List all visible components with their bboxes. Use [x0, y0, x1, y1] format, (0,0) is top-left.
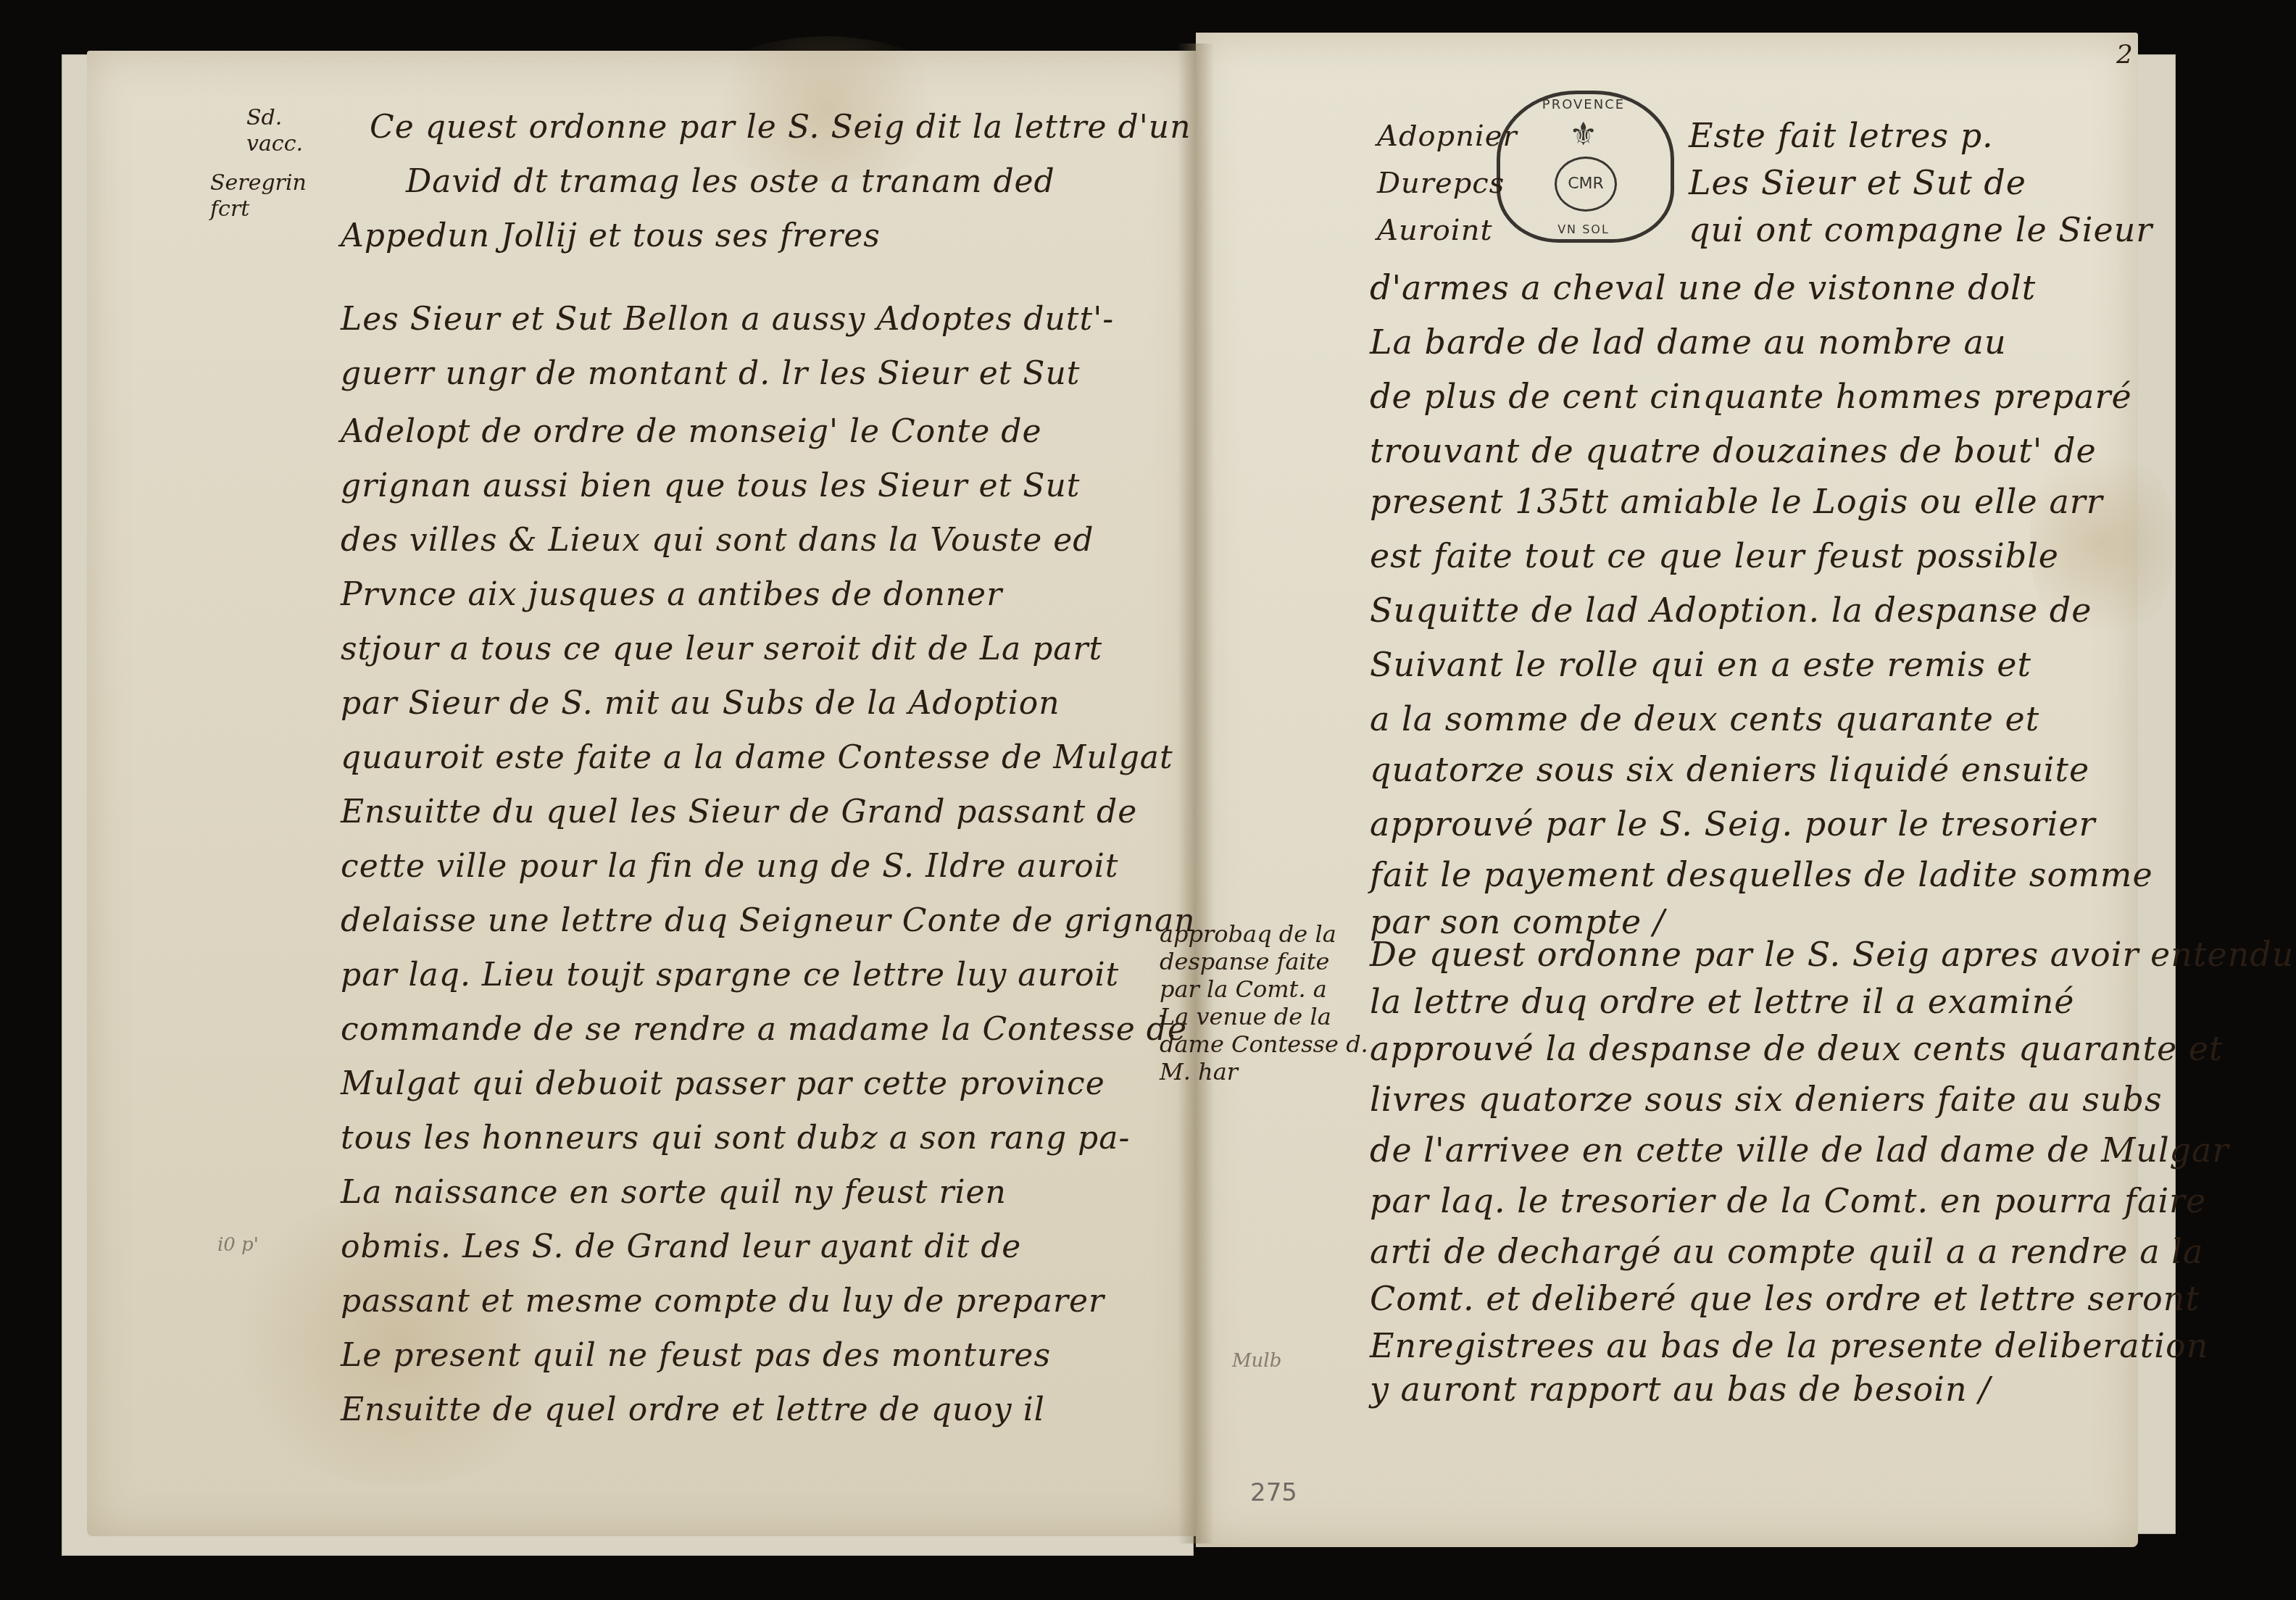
right-line: par laq. le tresorier de la Comt. en pou…: [1370, 1181, 2206, 1220]
right-line: d'armes a cheval une de vistonne dolt: [1370, 268, 2036, 307]
right-line: approuvé la despanse de deux cents quara…: [1370, 1029, 2224, 1068]
right-line: de plus de cent cinquante hommes preparé: [1370, 377, 2132, 416]
right-line: Enregistrees au bas de la presente delib…: [1370, 1326, 2208, 1365]
right-page: [1196, 33, 2138, 1547]
pencil-page-number: 275: [1250, 1478, 1297, 1507]
left-line: David dt tramag les oste a tranam ded: [406, 163, 1055, 200]
right-margin-word: Adopnier: [1377, 120, 1518, 153]
right-line: quatorze sous six deniers liquidé ensuit…: [1370, 750, 2089, 789]
left-line: Le present quil ne feust pas des monture…: [341, 1337, 1051, 1374]
left-line: delaisse une lettre duq Seigneur Conte d…: [341, 902, 1196, 939]
right-margin-word: Auroint: [1377, 214, 1492, 247]
left-line: Les Sieur et Sut Bellon a aussy Adoptes …: [341, 301, 1114, 338]
left-line: Mulgat qui debuoit passer par cette prov…: [341, 1065, 1105, 1102]
seal-motto: VN SOL: [1522, 222, 1645, 236]
right-line: Suquitte de lad Adoption. la despanse de: [1370, 591, 2092, 630]
left-line: par Sieur de S. mit au Subs de la Adopti…: [341, 685, 1060, 722]
right-line: arti de dechargé au compte quil a a rend…: [1370, 1232, 2203, 1271]
left-line: cette ville pour la fin de ung de S. Ild…: [341, 848, 1118, 885]
right-line: approuvé par le S. Seig. pour le tresori…: [1370, 804, 2096, 843]
right-line: de l'arrivee en cette ville de lad dame …: [1370, 1130, 2229, 1170]
stamp-seal: PROVENCE ⚜ CMR VN SOL: [1497, 91, 1674, 243]
right-line: present 135tt amiable le Logis ou elle a…: [1370, 482, 2103, 521]
left-line: Adelopt de ordre de monseig' le Conte de: [341, 413, 1042, 450]
right-line: livres quatorze sous six deniers faite a…: [1370, 1080, 2163, 1119]
right-line: Les Sieur et Sut de: [1689, 163, 2026, 202]
left-line: quauroit este faite a la dame Contesse d…: [341, 739, 1173, 776]
right-line: De quest ordonne par le S. Seig apres av…: [1370, 935, 2294, 974]
left-line: passant et mesme compte du luy de prepar…: [341, 1283, 1105, 1320]
left-margin-note-2: Seregrin fcrt: [210, 170, 307, 222]
left-line: tous les honneurs qui sont dubz a son ra…: [341, 1120, 1130, 1157]
faint-bottom-note: Mulb: [1232, 1348, 1281, 1374]
left-line: Appedun Jollij et tous ses freres: [341, 217, 881, 254]
left-line: des villes & Lieux qui sont dans la Vous…: [341, 522, 1094, 559]
right-section-margin-note: approbaq de la despanse faite par la Com…: [1160, 920, 1368, 1086]
left-line: obmis. Les S. de Grand leur ayant dit de: [341, 1228, 1021, 1265]
right-line: Suivant le rolle qui en a este remis et: [1370, 645, 2031, 684]
right-line: la lettre duq ordre et lettre il a exami…: [1370, 982, 2075, 1021]
left-line: grignan aussi bien que tous les Sieur et…: [341, 467, 1081, 504]
right-line: y auront rapport au bas de besoin /: [1370, 1370, 1991, 1409]
left-line: Ensuitte du quel les Sieur de Grand pass…: [341, 793, 1137, 830]
right-line: Comt. et deliberé que les ordre et lettr…: [1370, 1279, 2200, 1318]
right-line: a la somme de deux cents quarante et: [1370, 699, 2039, 738]
right-line: qui ont compagne le Sieur: [1689, 210, 2152, 249]
left-line: Prvnce aix jusques a antibes de donner: [341, 576, 1002, 613]
right-margin-word: Durepcs: [1377, 167, 1505, 200]
left-margin-note-bottom: i0 p': [217, 1232, 259, 1258]
left-line: par laq. Lieu toujt spargne ce lettre lu…: [341, 957, 1119, 993]
left-line: guerr ungr de montant d. lr les Sieur et…: [341, 355, 1081, 392]
right-line: fait le payement desquelles de ladite so…: [1370, 855, 2153, 894]
seal-banner: PROVENCE: [1529, 97, 1638, 112]
left-line: La naissance en sorte quil ny feust rien: [341, 1174, 1007, 1211]
folio-number: 2: [2116, 40, 2133, 70]
left-line: stjour a tous ce que leur seroit dit de …: [341, 630, 1102, 667]
right-line: Este fait letres p.: [1689, 116, 1994, 155]
left-line: Ce quest ordonne par le S. Seig dit la l…: [370, 109, 1191, 146]
fleur-de-lis-icon: ⚜: [1569, 116, 1597, 153]
right-line: est faite tout ce que leur feust possibl…: [1370, 536, 2059, 575]
book-gutter: [1178, 43, 1214, 1543]
right-line: trouvant de quatre douzaines de bout' de: [1370, 431, 2097, 470]
left-margin-note-1: Sd. vacc.: [246, 105, 303, 157]
left-line: commande de se rendre a madame la Contes…: [341, 1011, 1187, 1048]
seal-crest: CMR: [1555, 157, 1617, 212]
right-line: La barde de lad dame au nombre au: [1370, 322, 2007, 362]
left-line: Ensuitte de quel ordre et lettre de quoy…: [341, 1391, 1045, 1428]
